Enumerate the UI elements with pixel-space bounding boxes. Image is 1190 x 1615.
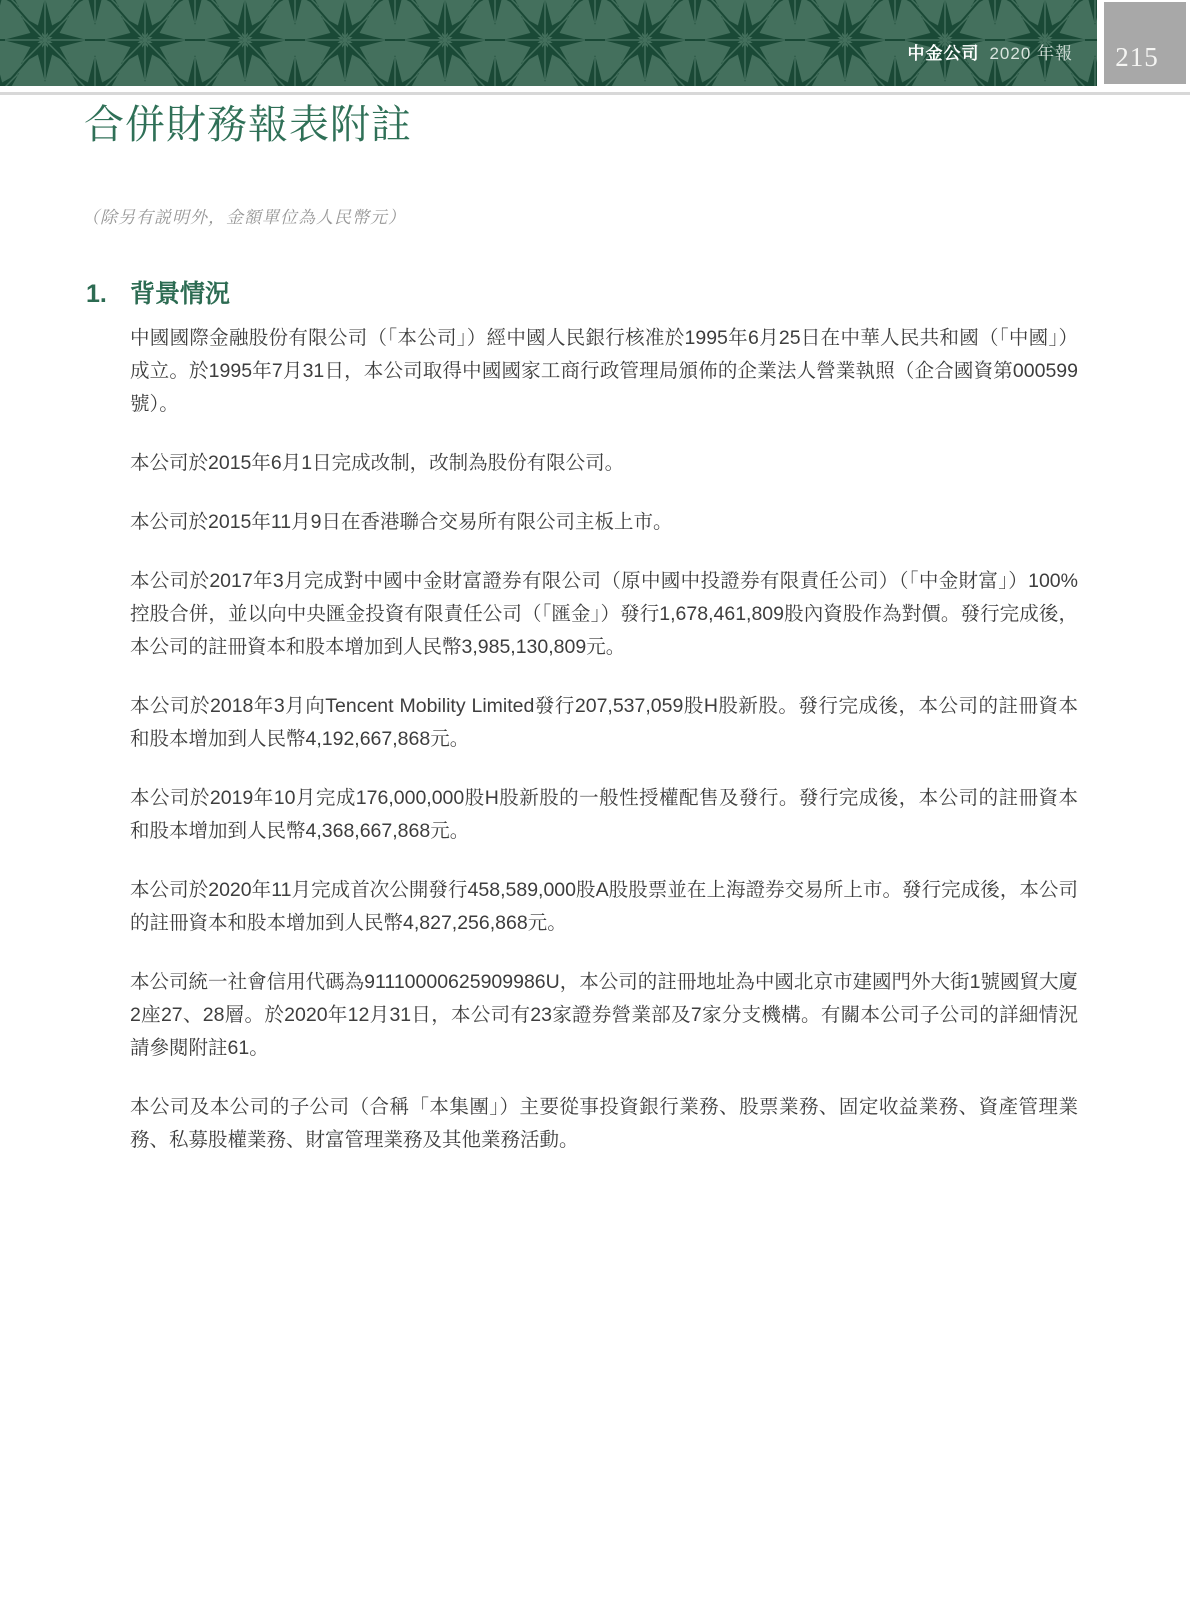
report-edition: 2020 年報: [989, 44, 1073, 63]
page-number-box: 215: [1104, 2, 1186, 84]
page-number: 215: [1115, 42, 1159, 73]
paragraph: 本公司及本公司的子公司（合稱「本集團」）主要從事投資銀行業務、股票業務、固定收益…: [130, 1091, 1078, 1157]
body-paragraphs: 中國國際金融股份有限公司（「本公司」）經中國人民銀行核准於1995年6月25日在…: [130, 322, 1078, 1183]
section-number: 1.: [86, 279, 130, 310]
document-title: 合併財務報表附註: [84, 101, 412, 149]
header-band: 中金公司2020 年報: [0, 0, 1097, 86]
paragraph: 本公司於2019年10月完成176,000,000股H股新股的一般性授權配售及發…: [130, 782, 1078, 848]
paragraph: 中國國際金融股份有限公司（「本公司」）經中國人民銀行核准於1995年6月25日在…: [130, 322, 1078, 421]
paragraph: 本公司統一社會信用代碼為91110000625909986U，本公司的註冊地址為…: [130, 966, 1078, 1065]
asanoha-pattern-icon: [0, 0, 1097, 86]
header-rule: [0, 92, 1190, 95]
section-heading-row: 1. 背景情況: [86, 279, 230, 310]
paragraph: 本公司於2015年6月1日完成改制，改制為股份有限公司。: [130, 447, 1078, 480]
paragraph: 本公司於2015年11月9日在香港聯合交易所有限公司主板上市。: [130, 506, 1078, 539]
company-name: 中金公司: [907, 44, 979, 63]
paragraph: 本公司於2018年3月向Tencent Mobility Limited發行20…: [130, 690, 1078, 756]
paragraph: 本公司於2017年3月完成對中國中金財富證券有限公司（原中國中投證券有限責任公司…: [130, 565, 1078, 664]
section-heading: 背景情況: [130, 279, 230, 310]
currency-note: （除另有説明外，金額單位為人民幣元）: [82, 203, 406, 228]
paragraph: 本公司於2020年11月完成首次公開發行458,589,000股A股股票並在上海…: [130, 874, 1078, 940]
header-title-group: 中金公司2020 年報: [907, 45, 1073, 62]
report-page: 中金公司2020 年報 215 合併財務報表附註 （除另有説明外，金額單位為人民…: [0, 0, 1190, 1615]
